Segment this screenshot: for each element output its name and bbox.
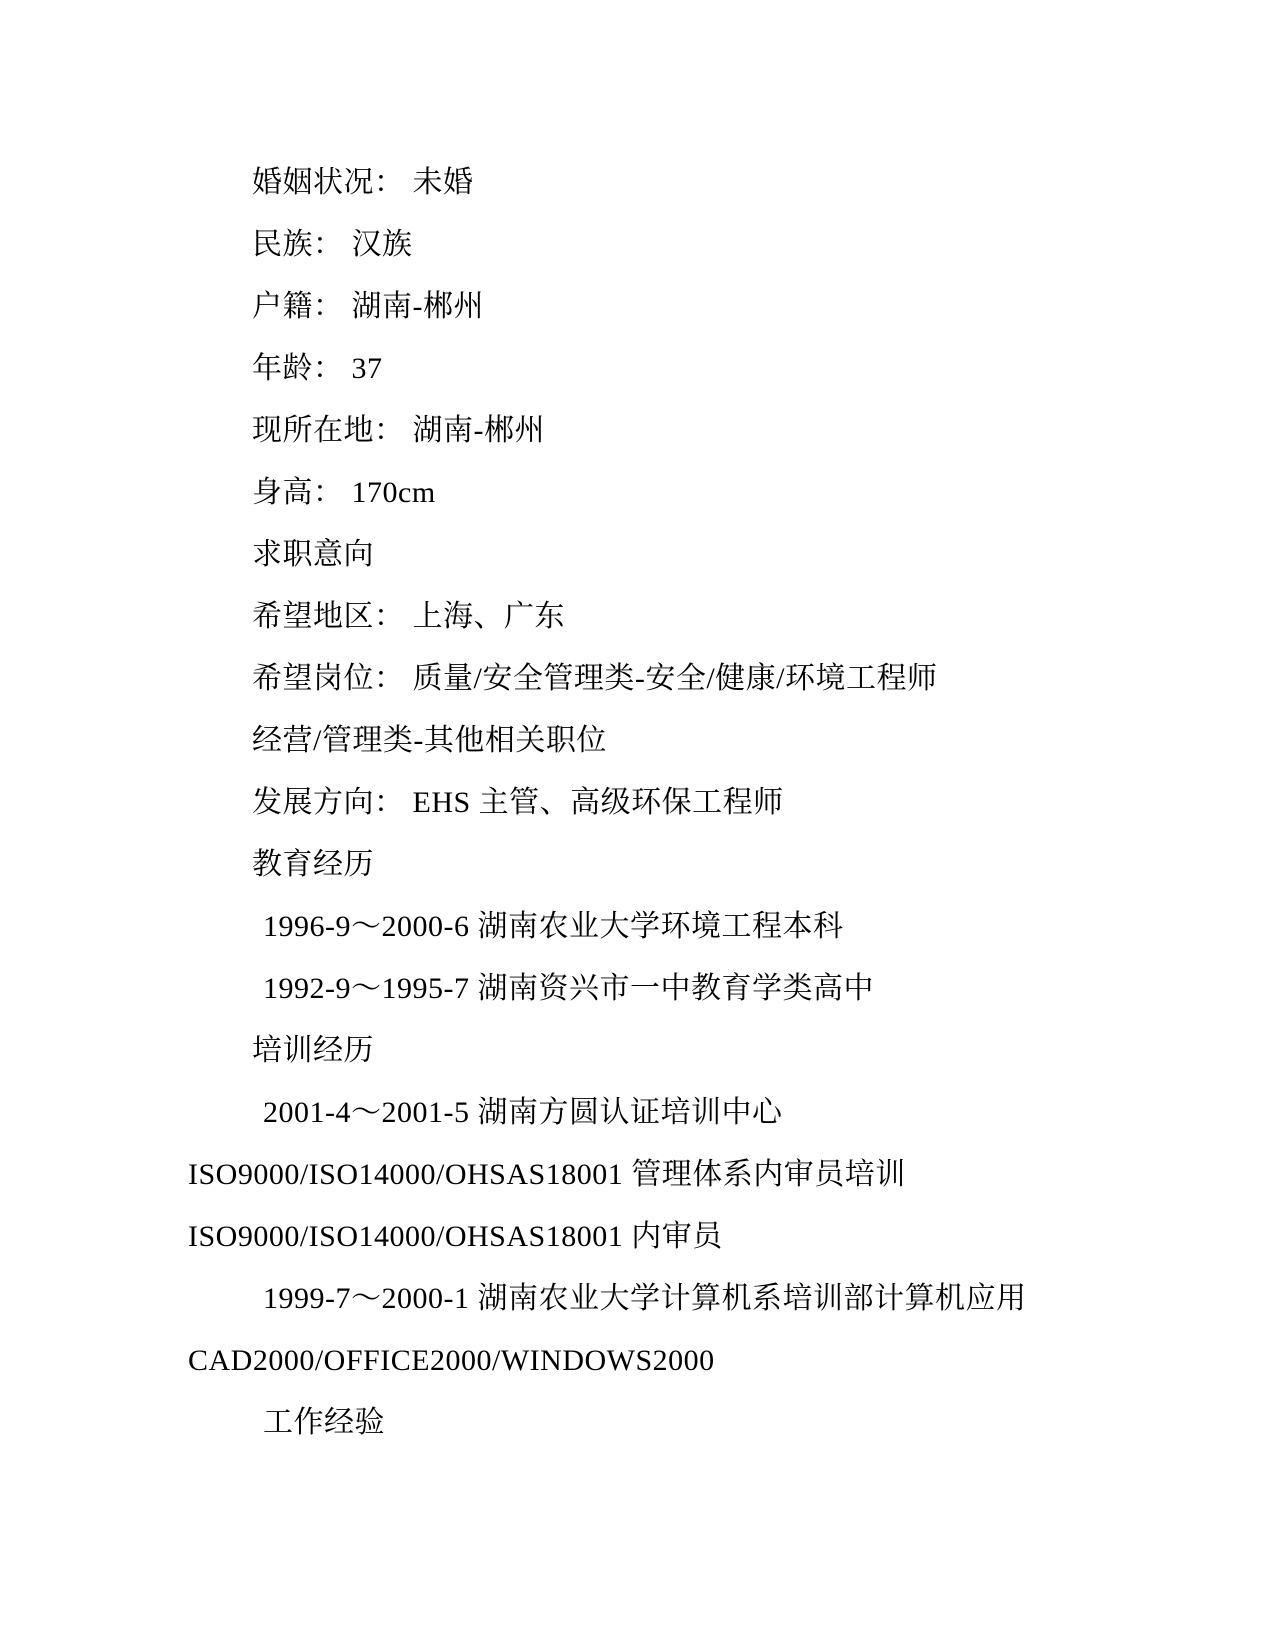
resume-line-education-1: 1996-9～2000-6 湖南农业大学环境工程本科 [188, 896, 1188, 958]
section-work-experience: 工作经验 [188, 1392, 1188, 1454]
resume-line-training-2-course: CAD2000/OFFICE2000/WINDOWS2000 [188, 1330, 1188, 1392]
resume-line-ethnicity: 民族： 汉族 [188, 214, 1188, 276]
resume-line-training-1: 2001-4～2001-5 湖南方圆认证培训中心 [188, 1082, 1188, 1144]
resume-line-training-1-cert: ISO9000/ISO14000/OHSAS18001 内审员 [188, 1206, 1188, 1268]
document-page: 婚姻状况： 未婚 民族： 汉族 户籍： 湖南-郴州 年龄： 37 现所在地： 湖… [0, 0, 1275, 1650]
section-job-intention: 求职意向 [188, 524, 1188, 586]
resume-line-household: 户籍： 湖南-郴州 [188, 276, 1188, 338]
section-education: 教育经历 [188, 834, 1188, 896]
resume-line-height: 身高： 170cm [188, 462, 1188, 524]
resume-line-education-2: 1992-9～1995-7 湖南资兴市一中教育学类高中 [188, 958, 1188, 1020]
resume-line-career-direction: 发展方向： EHS 主管、高级环保工程师 [188, 772, 1188, 834]
resume-line-location: 现所在地： 湖南-郴州 [188, 400, 1188, 462]
resume-line-training-2: 1999-7～2000-1 湖南农业大学计算机系培训部计算机应用 [188, 1268, 1188, 1330]
resume-line-training-1-course: ISO9000/ISO14000/OHSAS18001 管理体系内审员培训 [188, 1144, 1188, 1206]
resume-line-desired-position: 希望岗位： 质量/安全管理类-安全/健康/环境工程师 [188, 648, 1188, 710]
resume-line-marital-status: 婚姻状况： 未婚 [188, 152, 1188, 214]
resume-line-desired-position-2: 经营/管理类-其他相关职位 [188, 710, 1188, 772]
section-training: 培训经历 [188, 1020, 1188, 1082]
resume-line-desired-region: 希望地区： 上海、广东 [188, 586, 1188, 648]
resume-line-age: 年龄： 37 [188, 338, 1188, 400]
resume-body: 婚姻状况： 未婚 民族： 汉族 户籍： 湖南-郴州 年龄： 37 现所在地： 湖… [188, 152, 1188, 1454]
